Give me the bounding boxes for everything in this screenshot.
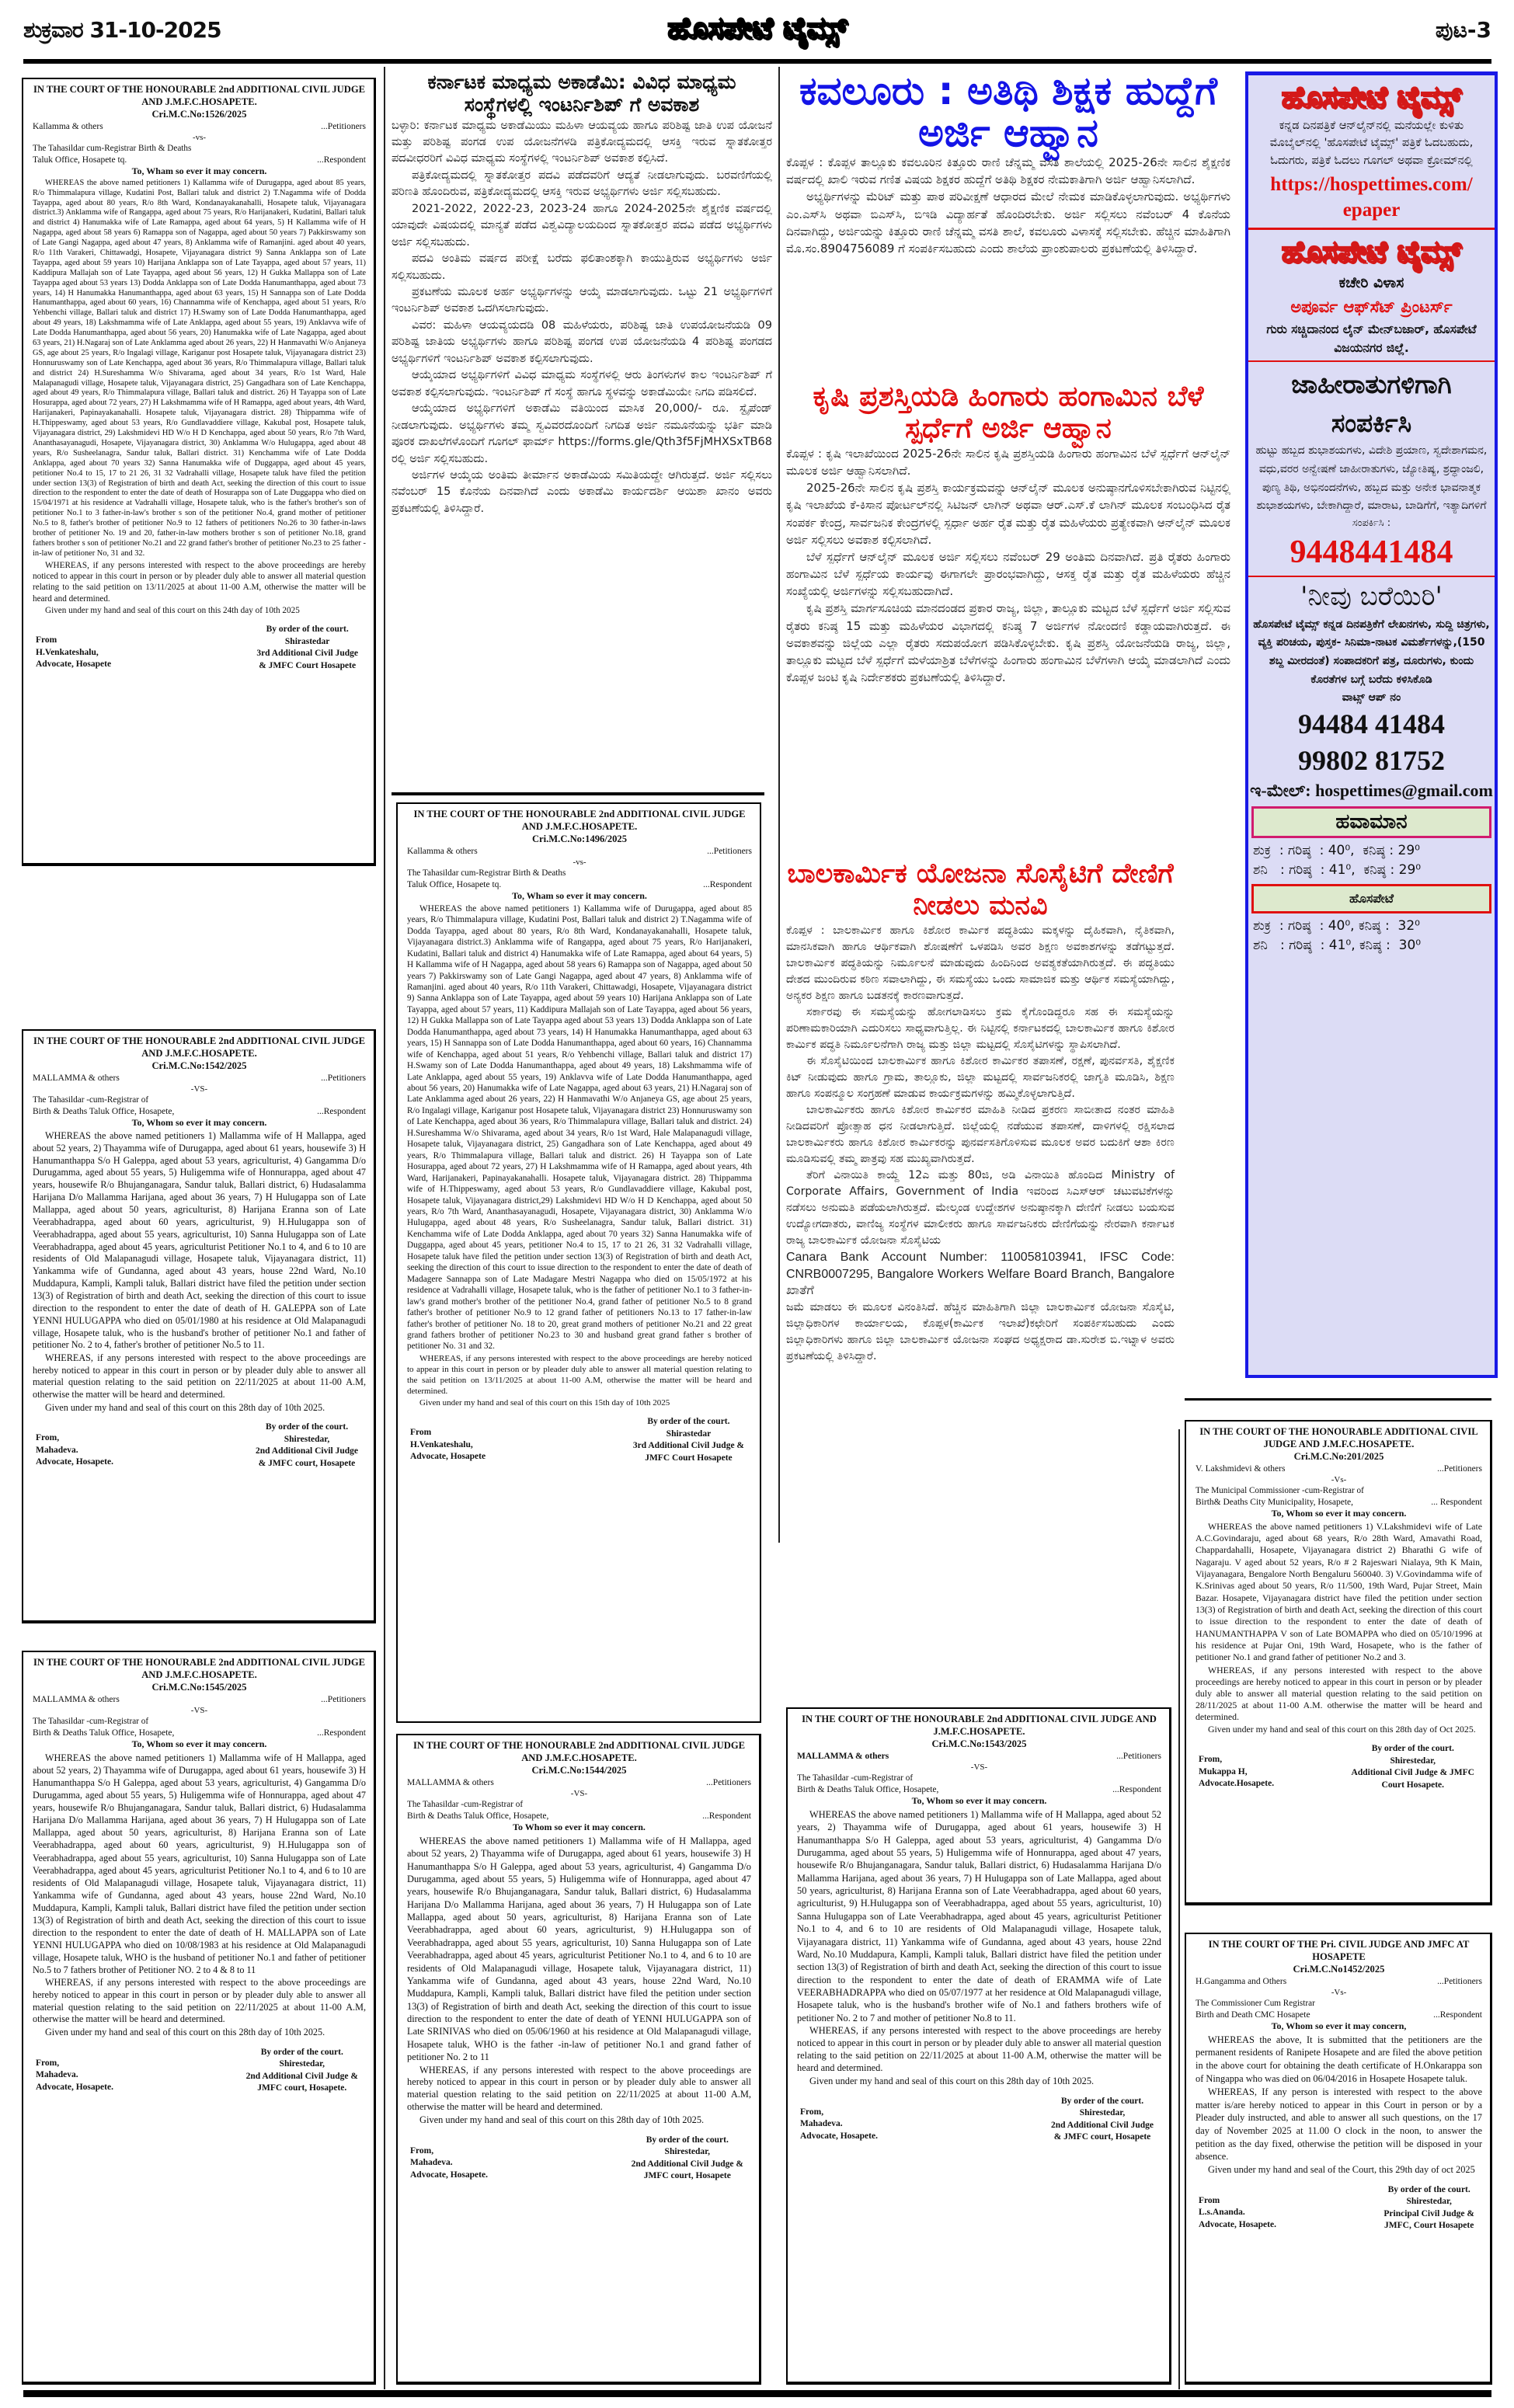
article-krishi: ಕೃಷಿ ಪ್ರಶಸ್ತಿಯಡಿ ಹಿಂಗಾರು ಹಂಗಾಮಿನ ಬೆಳೆ ಸ್…	[786, 381, 1230, 686]
signature-block: From,Mahadeva.Advocate, Hosapete. By ord…	[407, 2135, 751, 2183]
office-address: ಗುರು ಸಚ್ಚಿದಾನಂದ ಲೈನ್ ಮೇನ್‌ಬಜಾರ್, ಹೊಸಪೇಟೆ…	[1248, 320, 1495, 357]
court-notice-1496: IN THE COURT OF THE HONOURABLE 2nd ADDIT…	[396, 802, 761, 1723]
weather-heading: ಹವಾಮಾನ	[1251, 806, 1491, 838]
case-number: Cri.M.C.No:1545/2025	[33, 1681, 366, 1693]
printer-name: ಅಪೂರ್ವ ಆಫ್‌ಸೆಟ್ ಪ್ರಿಂಟರ್ಸ್	[1248, 294, 1495, 320]
newspaper-logo: ಹೊಸಪೇಟೆ ಟೈಮ್ಸ್	[1248, 236, 1495, 269]
whatsapp-number-2: 99802 81752	[1248, 743, 1495, 779]
section-rule	[1185, 1398, 1491, 1401]
article-body: ಕೊಪ್ಪಳ : ಕೊಪ್ಪಳ ತಾಲ್ಲೂಕು ಕವಲೂರಿನ ಕಿತ್ತೂರ…	[786, 154, 1230, 257]
epaper-link[interactable]: https://hospettimes.com/epaper	[1248, 172, 1495, 223]
article-kavaluru: ಕವಲೂರು : ಅತಿಥಿ ಶಿಕ್ಷಕ ಹುದ್ದೆಗೆ ಅರ್ಜಿ ಆಹ್…	[786, 67, 1230, 257]
case-number: Cri.M.C.No1452/2025	[1196, 1963, 1482, 1975]
whatsapp-number-1: 94484 41484	[1248, 706, 1495, 743]
court-notice-1452: IN THE COURT OF THE Pri. CIVIL JUDGE AND…	[1185, 1933, 1492, 2385]
case-number: Cri.M.C.No:1526/2025	[33, 108, 366, 120]
issue-date: ಶುಕ್ರವಾರ 31-10-2025	[23, 17, 221, 43]
court-notice-1543: IN THE COURT OF THE HONOURABLE 2nd ADDIT…	[786, 1707, 1171, 2385]
sidebar-ad-panel: ಹೊಸಪೇಟೆ ಟೈಮ್ಸ್ ಕನ್ನಡ ದಿನಪತ್ರಿಕೆ ಆನ್‌ಲೈನ್…	[1245, 71, 1498, 1378]
signature-block: From,Mukappa H,Advocate.Hosapete. By ord…	[1196, 1743, 1482, 1791]
signature-block: From,Mahadeva.Advocate, Hosapete. By ord…	[33, 1421, 366, 1470]
signature-block: FromL.s.Ananda.Advocate, Hosapete. By or…	[1196, 2184, 1482, 2232]
masthead-rule	[23, 59, 1491, 64]
article-headline: ಕವಲೂರು : ಅತಿಥಿ ಶಿಕ್ಷಕ ಹುದ್ದೆಗೆ ಅರ್ಜಿ ಆಹ್…	[786, 70, 1230, 154]
column-divider	[778, 67, 780, 1543]
footer-rule	[23, 2390, 1491, 2397]
email-address: ಇ-ಮೇಲ್: hospettimes@gmail.com	[1248, 779, 1495, 803]
signature-block: FromH.Venkateshalu,Advocate, Hosapete By…	[33, 624, 366, 672]
article-headline: ಕರ್ನಾಟಕ ಮಾಧ್ಯಮ ಅಕಾಡೆಮಿ: ವಿವಿಧ ಮಾಧ್ಯಮ ಸಂಸ…	[392, 71, 772, 117]
ads-phone-number: 9448441484	[1248, 531, 1495, 574]
article-body: ಕೊಪ್ಪಳ : ಬಾಲಕಾರ್ಮಿಕ ಹಾಗೂ ಕಿಶೋರ ಕಾರ್ಮಿಕ ಪ…	[786, 923, 1175, 1365]
article-media-academy: ಕರ್ನಾಟಕ ಮಾಧ್ಯಮ ಅಕಾಡೆಮಿ: ವಿವಿಧ ಮಾಧ್ಯಮ ಸಂಸ…	[392, 67, 772, 517]
article-body: ಕೊಪ್ಪಳ : ಕೃಷಿ ಇಲಾಖೆಯಿಂದ 2025-26ನೇ ಸಾಲಿನ …	[786, 445, 1230, 687]
city-weather-heading: ಹೊಸಪೇಟೆ	[1251, 884, 1491, 913]
column-divider	[384, 67, 385, 2389]
page-number: ಪುಟ-3	[1436, 17, 1491, 43]
signature-block: From,Mahadeva.Advocate, Hosapete. By ord…	[33, 2047, 366, 2095]
court-notice-1544: IN THE COURT OF THE HONOURABLE 2nd ADDIT…	[396, 1734, 761, 2385]
article-headline: ಕೃಷಿ ಪ್ರಶಸ್ತಿಯಡಿ ಹಿಂಗಾರು ಹಂಗಾಮಿನ ಬೆಳೆ ಸ್…	[786, 381, 1230, 445]
article-balakarmika: ಬಾಲಕಾರ್ಮಿಕ ಯೋಜನಾ ಸೊಸೈಟಿಗೆ ದೇಣಿಗೆ ನೀಡಲು ಮ…	[786, 858, 1175, 1365]
case-number: Cri.M.C.No:1496/2025	[407, 833, 752, 845]
signature-block: From,Mahadeva.Advocate, Hosapete. By ord…	[797, 2096, 1161, 2144]
court-notice-1542: IN THE COURT OF THE HONOURABLE 2nd ADDIT…	[22, 1029, 376, 1623]
bank-account: Canara Bank Account Number: 110058103941…	[786, 1251, 1175, 1281]
masthead: ಶುಕ್ರವಾರ 31-10-2025 ಹೊಸಪೇಟೆ ಟೈಮ್ಸ್ ಪುಟ-3	[23, 0, 1491, 61]
newspaper-logo: ಹೊಸಪೇಟೆ ಟೈಮ್ಸ್	[1248, 82, 1495, 114]
case-number: Cri.M.C.No:1544/2025	[407, 1764, 751, 1776]
newspaper-title: ಹೊಸಪೇಟೆ ಟೈಮ್ಸ್	[667, 11, 847, 46]
section-rule	[392, 792, 764, 795]
court-notice-201: IN THE COURT OF THE HONOURABLE ADDITIONA…	[1185, 1420, 1492, 1905]
case-number: Cri.M.C.No:1542/2025	[33, 1060, 366, 1072]
case-number: Cri.M.C.No:1543/2025	[797, 1738, 1161, 1750]
court-notice-1545: IN THE COURT OF THE HONOURABLE 2nd ADDIT…	[22, 1651, 376, 2385]
article-body: ಬಳ್ಳಾರಿ: ಕರ್ನಾಟಕ ಮಾಧ್ಯಮ ಅಕಾಡೆಮಿಯು ಮಹಿಳಾ …	[392, 118, 772, 518]
column-divider	[1178, 1429, 1180, 2389]
case-number: Cri.M.C.No:201/2025	[1196, 1450, 1482, 1463]
court-notice-1526: IN THE COURT OF THE HONOURABLE 2nd ADDIT…	[22, 78, 376, 866]
article-headline: ಬಾಲಕಾರ್ಮಿಕ ಯೋಜನಾ ಸೊಸೈಟಿಗೆ ದೇಣಿಗೆ ನೀಡಲು ಮ…	[786, 858, 1175, 923]
signature-block: FromH.Venkateshalu,Advocate, Hosapete By…	[407, 1416, 752, 1464]
